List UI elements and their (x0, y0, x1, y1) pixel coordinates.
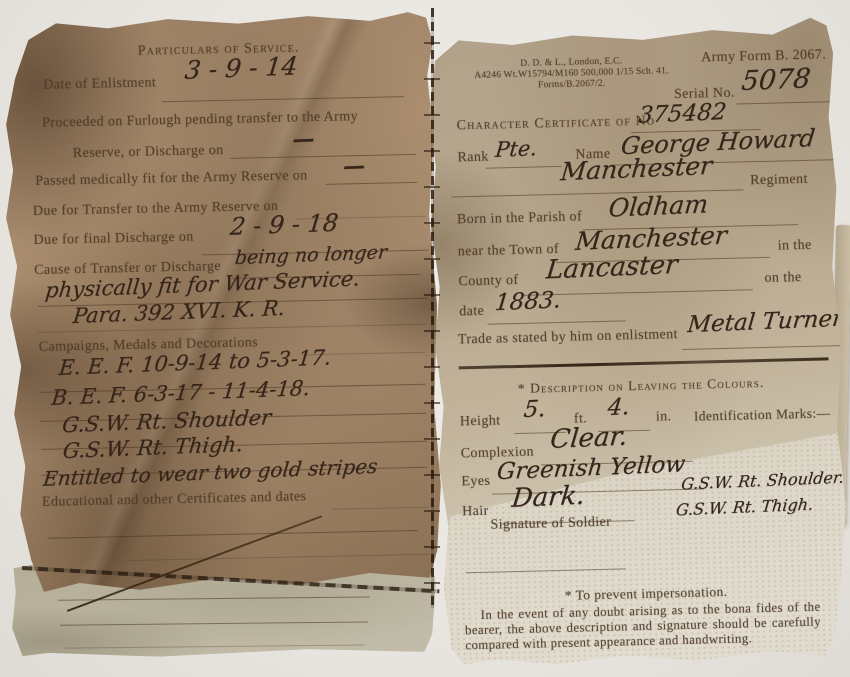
education-label: Educational and other Certificates and d… (42, 489, 307, 511)
passed-fit-value-handwritten: — (342, 153, 367, 180)
furlough-value-handwritten: — (291, 126, 316, 153)
id-marks-value2-handwritten: G.S.W. Rt. Thigh. (675, 495, 814, 520)
scanned-army-record-booklet: Particulars of Service. Date of Enlistme… (0, 0, 850, 677)
footnote-body: In the event of any doubt arising as to … (465, 600, 822, 654)
inches-label: in. (656, 409, 672, 425)
regiment-label: Regiment (750, 172, 808, 189)
final-discharge-label: Due for final Discharge on (33, 230, 194, 249)
ruled-line (129, 554, 429, 561)
eyes-label: Eyes (461, 474, 490, 491)
rank-value-handwritten: Pte. (494, 136, 538, 162)
ruled-line (64, 645, 364, 649)
county-suffix-label: on the (764, 270, 801, 287)
height-feet-handwritten: 5. (522, 396, 547, 423)
right-page-character-certificate: D. D. & L., London, E.C. A4246 Wt.W15794… (422, 7, 850, 672)
certificate-number-handwritten: 375482 (637, 99, 728, 129)
final-discharge-value-handwritten: 2 - 9 - 18 (229, 209, 340, 241)
county-value-handwritten: Lancaster (545, 250, 679, 286)
regiment-value-handwritten: Manchester (559, 151, 713, 186)
town-suffix-label: in the (778, 238, 812, 255)
id-marks-value1-handwritten: G.S.W. Rt. Shoulder. (680, 468, 844, 494)
ruled-line (682, 345, 840, 350)
parish-label: Born in the Parish of (457, 209, 582, 228)
date-value-handwritten: 1883. (494, 287, 563, 316)
ruled-line (162, 96, 404, 102)
signature-rule (466, 568, 626, 573)
rank-label: Rank (457, 150, 489, 167)
enlistment-label: Date of Enlistment (43, 75, 156, 93)
parish-value-handwritten: Oldham (607, 189, 709, 222)
height-label: Height (460, 413, 501, 430)
cause-value-line3-handwritten: Para. 392 XVI. K. R. (72, 296, 286, 328)
campaign-entry-handwritten: G.S.W. Rt. Thigh. (62, 432, 245, 463)
trade-value-handwritten: Metal Turner (686, 306, 841, 338)
town-label: near the Town of (458, 242, 560, 260)
ruled-line (736, 101, 834, 104)
trade-label: Trade as stated by him on enlistment (458, 327, 678, 348)
enlistment-value-handwritten: 3 - 9 - 14 (183, 51, 298, 84)
serial-value-handwritten: 5078 (740, 63, 812, 97)
date-label: date (459, 304, 484, 321)
id-marks-label: Identification Marks:— (694, 405, 831, 424)
height-inches-handwritten: 4. (606, 394, 631, 421)
county-label: County of (458, 273, 518, 290)
left-page-particulars-of-service: Particulars of Service. Date of Enlistme… (0, 5, 448, 606)
ruled-line (48, 530, 418, 539)
ruled-line (325, 182, 417, 185)
hair-value-handwritten: Dark. (510, 481, 586, 514)
complexion-value-handwritten: Clear. (549, 422, 629, 455)
cause-value-line1-handwritten: being no longer (234, 241, 388, 269)
ruled-line (60, 621, 368, 625)
ruled-line (488, 320, 626, 324)
section-divider-rule (459, 357, 829, 369)
passed-fit-label: Passed medically fit for the Army Reserv… (35, 168, 308, 190)
signature-label: Signature of Soldier (490, 515, 611, 534)
furlough-label-line2: Reserve, or Discharge on (73, 143, 224, 162)
ruled-line (332, 507, 428, 510)
hair-label: Hair (462, 504, 489, 521)
ruled-line (230, 154, 416, 159)
description-section-title: * Description on Leaving the Colours. (461, 374, 821, 399)
ruled-line (486, 166, 562, 169)
